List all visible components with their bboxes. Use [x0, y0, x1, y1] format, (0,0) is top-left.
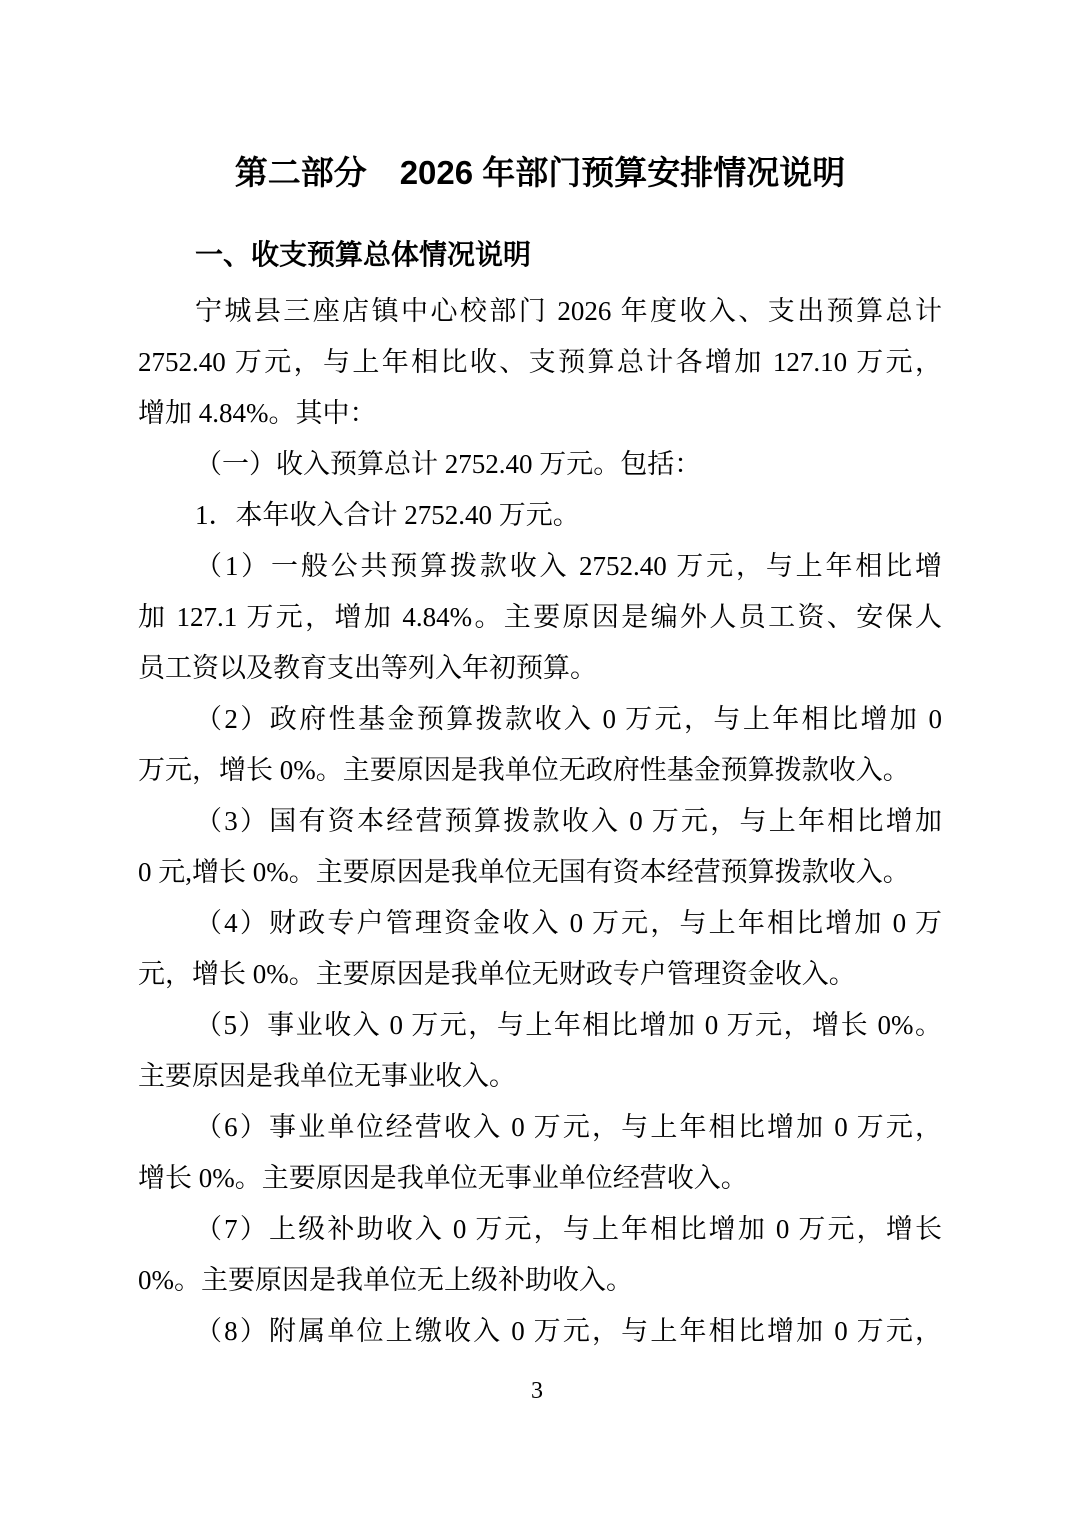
document-title: 第二部分 2026 年部门预算安排情况说明 [138, 148, 942, 198]
page-number: 3 [0, 1366, 1074, 1416]
body-line: 元，增长 0%。主要原因是我单位无财政专户管理资金收入。 [138, 949, 942, 1000]
body-line: （5）事业收入 0 万元，与上年相比增加 0 万元，增长 0%。 [138, 1000, 942, 1051]
body-line: 0 元,增长 0%。主要原因是我单位无国有资本经营预算拨款收入。 [138, 847, 942, 898]
body-line: 1．本年收入合计 2752.40 万元。 [138, 490, 942, 541]
body-line: 0%。主要原因是我单位无上级补助收入。 [138, 1255, 942, 1306]
body-line: （6）事业单位经营收入 0 万元，与上年相比增加 0 万元， [138, 1102, 942, 1153]
body-line: 加 127.1 万元，增加 4.84%。主要原因是编外人员工资、安保人 [138, 592, 942, 643]
body-line: 增长 0%。主要原因是我单位无事业单位经营收入。 [138, 1153, 942, 1204]
body-line: （7）上级补助收入 0 万元，与上年相比增加 0 万元，增长 [138, 1204, 942, 1255]
body-line: 宁城县三座店镇中心校部门 2026 年度收入、支出预算总计 [138, 286, 942, 337]
body-line: （4）财政专户管理资金收入 0 万元，与上年相比增加 0 万 [138, 898, 942, 949]
body-line: （1）一般公共预算拨款收入 2752.40 万元，与上年相比增 [138, 541, 942, 592]
body-line: 主要原因是我单位无事业收入。 [138, 1051, 942, 1102]
body-line: （8）附属单位上缴收入 0 万元，与上年相比增加 0 万元， [138, 1306, 942, 1357]
section-heading: 一、收支预算总体情况说明 [195, 234, 531, 276]
body-line: （一）收入预算总计 2752.40 万元。包括： [138, 439, 942, 490]
document-page: 第二部分 2026 年部门预算安排情况说明 一、收支预算总体情况说明 宁城县三座… [0, 0, 1074, 1520]
body-line: （2）政府性基金预算拨款收入 0 万元，与上年相比增加 0 [138, 694, 942, 745]
body-line: 员工资以及教育支出等列入年初预算。 [138, 643, 942, 694]
body-line: 增加 4.84%。其中： [138, 388, 942, 439]
body-line: （3）国有资本经营预算拨款收入 0 万元，与上年相比增加 [138, 796, 942, 847]
body-line: 2752.40 万元，与上年相比收、支预算总计各增加 127.10 万元， [138, 337, 942, 388]
document-body: 宁城县三座店镇中心校部门 2026 年度收入、支出预算总计 2752.40 万元… [138, 286, 942, 1357]
body-line: 万元，增长 0%。主要原因是我单位无政府性基金预算拨款收入。 [138, 745, 942, 796]
